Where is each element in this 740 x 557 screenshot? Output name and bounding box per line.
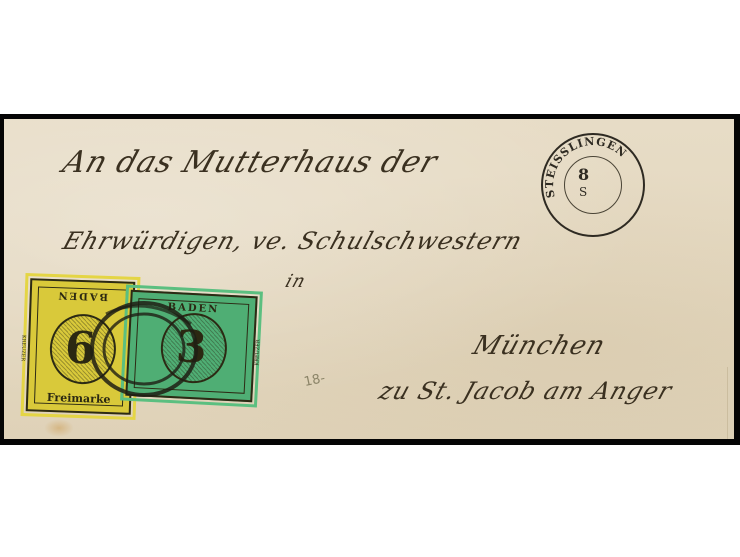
address-line-3: in xyxy=(283,271,309,292)
address-line-2: Ehrwürdigen, ve. Schulschwestern xyxy=(59,227,526,255)
cover-flap-edge xyxy=(727,367,734,439)
datestamp-hour: S xyxy=(579,185,587,199)
address-line-1: An das Mutterhaus der xyxy=(58,145,442,180)
circular-datestamp: STEISSLINGEN 8 S xyxy=(541,133,645,237)
pencil-notation: 18- xyxy=(303,371,327,390)
age-stain xyxy=(44,419,74,437)
numeral-ring-cancel xyxy=(66,294,266,404)
datestamp-day: 8 xyxy=(578,165,589,184)
postal-cover: An das Mutterhaus der Ehrwürdigen, ve. S… xyxy=(4,119,734,439)
datestamp-town-arc: STEISSLINGEN xyxy=(543,135,643,235)
address-line-5: zu St. Jacob am Anger xyxy=(375,377,676,405)
stamp-side-text: KREUZER xyxy=(20,334,27,360)
address-city: München xyxy=(469,331,609,361)
